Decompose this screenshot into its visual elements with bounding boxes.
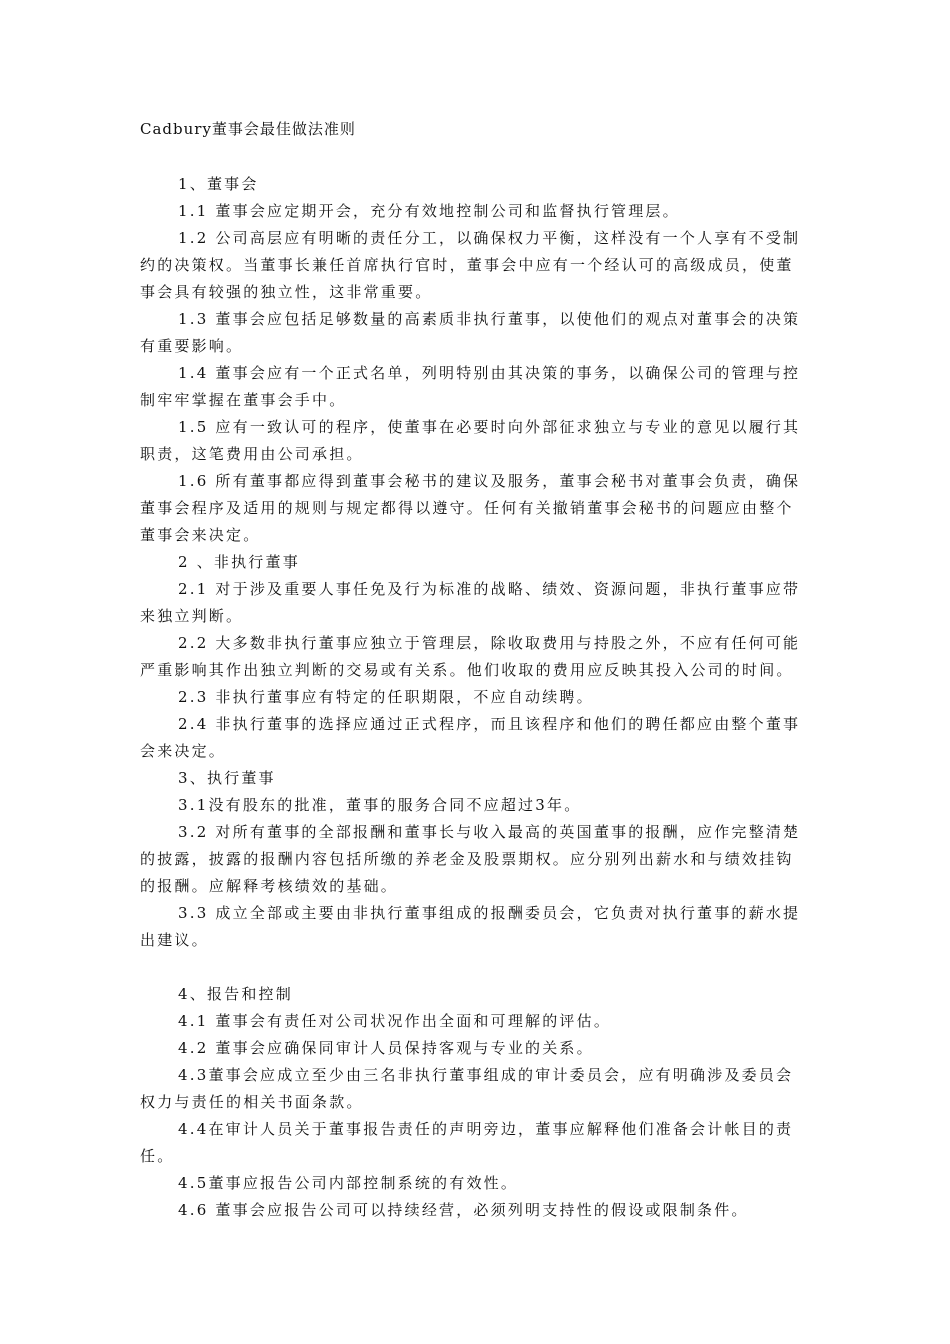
paragraph-line: 的披露，披露的报酬内容包括所缴的养老金及股票期权。应分别列出薪水和与绩效挂钩: [140, 849, 794, 869]
heading-section-1: 1、董事会: [178, 174, 259, 194]
paragraph-line: 1.4 董事会应有一个正式名单，列明特别由其决策的事务，以确保公司的管理与控: [178, 363, 800, 383]
paragraph-line: 董事会程序及适用的规则与规定都得以遵守。任何有关撤销董事会秘书的问题应由整个: [140, 498, 794, 518]
paragraph-line: 4.4在审计人员关于董事报告责任的声明旁边，董事应解释他们准备会计帐目的责: [178, 1119, 793, 1139]
paragraph-line: 4.3董事会应成立至少由三名非执行董事组成的审计委员会，应有明确涉及委员会: [178, 1065, 793, 1085]
paragraph-line: 1.3 董事会应包括足够数量的高素质非执行董事，以使他们的观点对董事会的决策: [178, 309, 800, 329]
paragraph-line: 权力与责任的相关书面条款。: [140, 1092, 364, 1112]
paragraph-line: 4.1 董事会有责任对公司状况作出全面和可理解的评估。: [178, 1011, 611, 1031]
heading-section-4: 4、报告和控制: [178, 984, 293, 1004]
document-title: Cadbury董事会最佳做法准则: [140, 118, 356, 139]
paragraph-line: 出建议。: [140, 930, 209, 950]
paragraph-line: 有重要影响。: [140, 336, 243, 356]
heading-section-3: 3、执行董事: [178, 768, 276, 788]
paragraph-line: 4.5董事应报告公司内部控制系统的有效性。: [178, 1173, 518, 1193]
paragraph-line: 约的决策权。当董事长兼任首席执行官时，董事会中应有一个经认可的高级成员，使董: [140, 255, 794, 275]
paragraph-line: 3.3 成立全部或主要由非执行董事组成的报酬委员会，它负责对执行董事的薪水提: [178, 903, 800, 923]
paragraph-line: 3.1没有股东的批准，董事的服务合同不应超过3年。: [178, 795, 581, 815]
paragraph-line: 任。: [140, 1146, 174, 1166]
paragraph-line: 的报酬。应解释考核绩效的基础。: [140, 876, 398, 896]
paragraph-line: 职责，这笔费用由公司承担。: [140, 444, 364, 464]
paragraph-line: 2.4 非执行董事的选择应通过正式程序，而且该程序和他们的聘任都应由整个董事: [178, 714, 800, 734]
paragraph-line: 事会具有较强的独立性，这非常重要。: [140, 282, 432, 302]
paragraph-line: 会来决定。: [140, 741, 226, 761]
paragraph-line: 4.6 董事会应报告公司可以持续经营，必须列明支持性的假设或限制条件。: [178, 1200, 749, 1220]
paragraph-line: 3.2 对所有董事的全部报酬和董事长与收入最高的英国董事的报酬，应作完整清楚: [178, 822, 800, 842]
paragraph-line: 1.2 公司高层应有明晰的责任分工，以确保权力平衡，这样没有一个人享有不受制: [178, 228, 800, 248]
paragraph-line: 严重影响其作出独立判断的交易或有关系。他们收取的费用应反映其投入公司的时间。: [140, 660, 794, 680]
heading-section-2: 2 、非执行董事: [178, 552, 300, 572]
paragraph-line: 1.1 董事会应定期开会，充分有效地控制公司和监督执行管理层。: [178, 201, 680, 221]
paragraph-line: 1.6 所有董事都应得到董事会秘书的建议及服务，董事会秘书对董事会负责，确保: [178, 471, 800, 491]
paragraph-line: 1.5 应有一致认可的程序，使董事在必要时向外部征求独立与专业的意见以履行其: [178, 417, 800, 437]
paragraph-line: 制牢牢掌握在董事会手中。: [140, 390, 346, 410]
paragraph-line: 董事会来决定。: [140, 525, 260, 545]
paragraph-line: 4.2 董事会应确保同审计人员保持客观与专业的关系。: [178, 1038, 594, 1058]
paragraph-line: 2.2 大多数非执行董事应独立于管理层，除收取费用与持股之外，不应有任何可能: [178, 633, 800, 653]
paragraph-line: 2.1 对于涉及重要人事任免及行为标准的战略、绩效、资源问题，非执行董事应带: [178, 579, 800, 599]
paragraph-line: 2.3 非执行董事应有特定的任职期限，不应自动续聘。: [178, 687, 594, 707]
paragraph-line: 来独立判断。: [140, 606, 243, 626]
